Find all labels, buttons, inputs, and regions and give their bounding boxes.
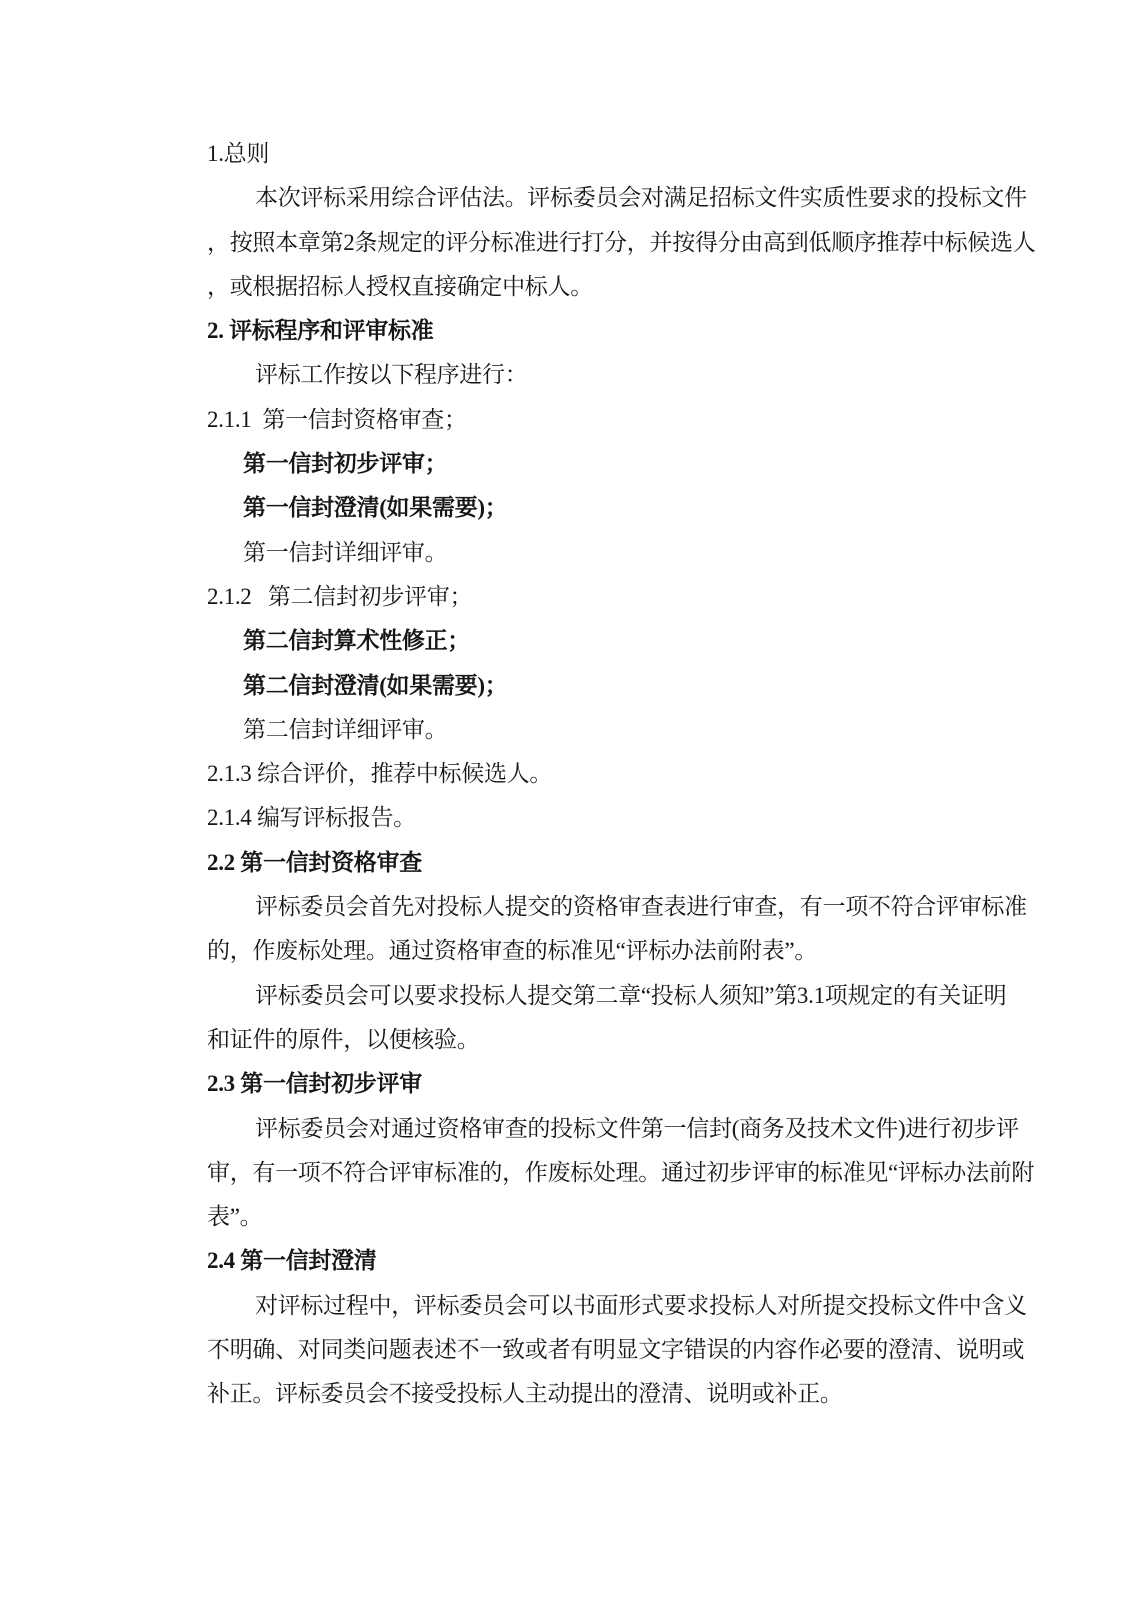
text-line: 2.1.1 第一信封资格审查；	[207, 398, 1067, 442]
text-line: 第一信封澄清(如果需要)；	[207, 486, 1067, 530]
text-line: 2.1.3 综合评价，推荐中标候选人。	[207, 752, 1067, 796]
text-line: 2.3 第一信封初步评审	[207, 1062, 1067, 1106]
text-line: 1.总则	[207, 132, 1067, 176]
text-line: 评标工作按以下程序进行：	[207, 353, 1067, 397]
text-line: 本次评标采用综合评估法。评标委员会对满足招标文件实质性要求的投标文件	[207, 176, 1067, 220]
text-line: 第二信封详细评审。	[207, 708, 1067, 752]
text-line: 2.1.4 编写评标报告。	[207, 796, 1067, 840]
document-body: 1.总则本次评标采用综合评估法。评标委员会对满足招标文件实质性要求的投标文件，按…	[207, 132, 1067, 1417]
text-line: 审，有一项不符合评审标准的，作废标处理。通过初步评审的标准见“评标办法前附	[207, 1151, 1067, 1195]
text-line: 的，作废标处理。通过资格审查的标准见“评标办法前附表”。	[207, 929, 1067, 973]
text-line: 第二信封澄清(如果需要)；	[207, 664, 1067, 708]
text-line: 不明确、对同类问题表述不一致或者有明显文字错误的内容作必要的澄清、说明或	[207, 1328, 1067, 1372]
text-line: 2. 评标程序和评审标准	[207, 309, 1067, 353]
text-line: 补正。评标委员会不接受投标人主动提出的澄清、说明或补正。	[207, 1372, 1067, 1416]
text-line: 表”。	[207, 1195, 1067, 1239]
text-line: 2.1.2 第二信封初步评审；	[207, 575, 1067, 619]
text-line: 评标委员会对通过资格审查的投标文件第一信封(商务及技术文件)进行初步评	[207, 1107, 1067, 1151]
text-line: 第二信封算术性修正；	[207, 619, 1067, 663]
text-line: 对评标过程中，评标委员会可以书面形式要求投标人对所提交投标文件中含义	[207, 1284, 1067, 1328]
text-line: 评标委员会可以要求投标人提交第二章“投标人须知”第3.1项规定的有关证明	[207, 974, 1067, 1018]
document-page: 1.总则本次评标采用综合评估法。评标委员会对满足招标文件实质性要求的投标文件，按…	[0, 0, 1131, 1600]
text-line: 和证件的原件，以便核验。	[207, 1018, 1067, 1062]
text-line: 2.2 第一信封资格审查	[207, 841, 1067, 885]
text-line: 第一信封详细评审。	[207, 531, 1067, 575]
text-line: 第一信封初步评审；	[207, 442, 1067, 486]
text-line: ，按照本章第2条规定的评分标准进行打分，并按得分由高到低顺序推荐中标候选人	[207, 221, 1067, 265]
text-line: ，或根据招标人授权直接确定中标人。	[207, 265, 1067, 309]
text-line: 评标委员会首先对投标人提交的资格审查表进行审查，有一项不符合评审标准	[207, 885, 1067, 929]
text-line: 2.4 第一信封澄清	[207, 1239, 1067, 1283]
